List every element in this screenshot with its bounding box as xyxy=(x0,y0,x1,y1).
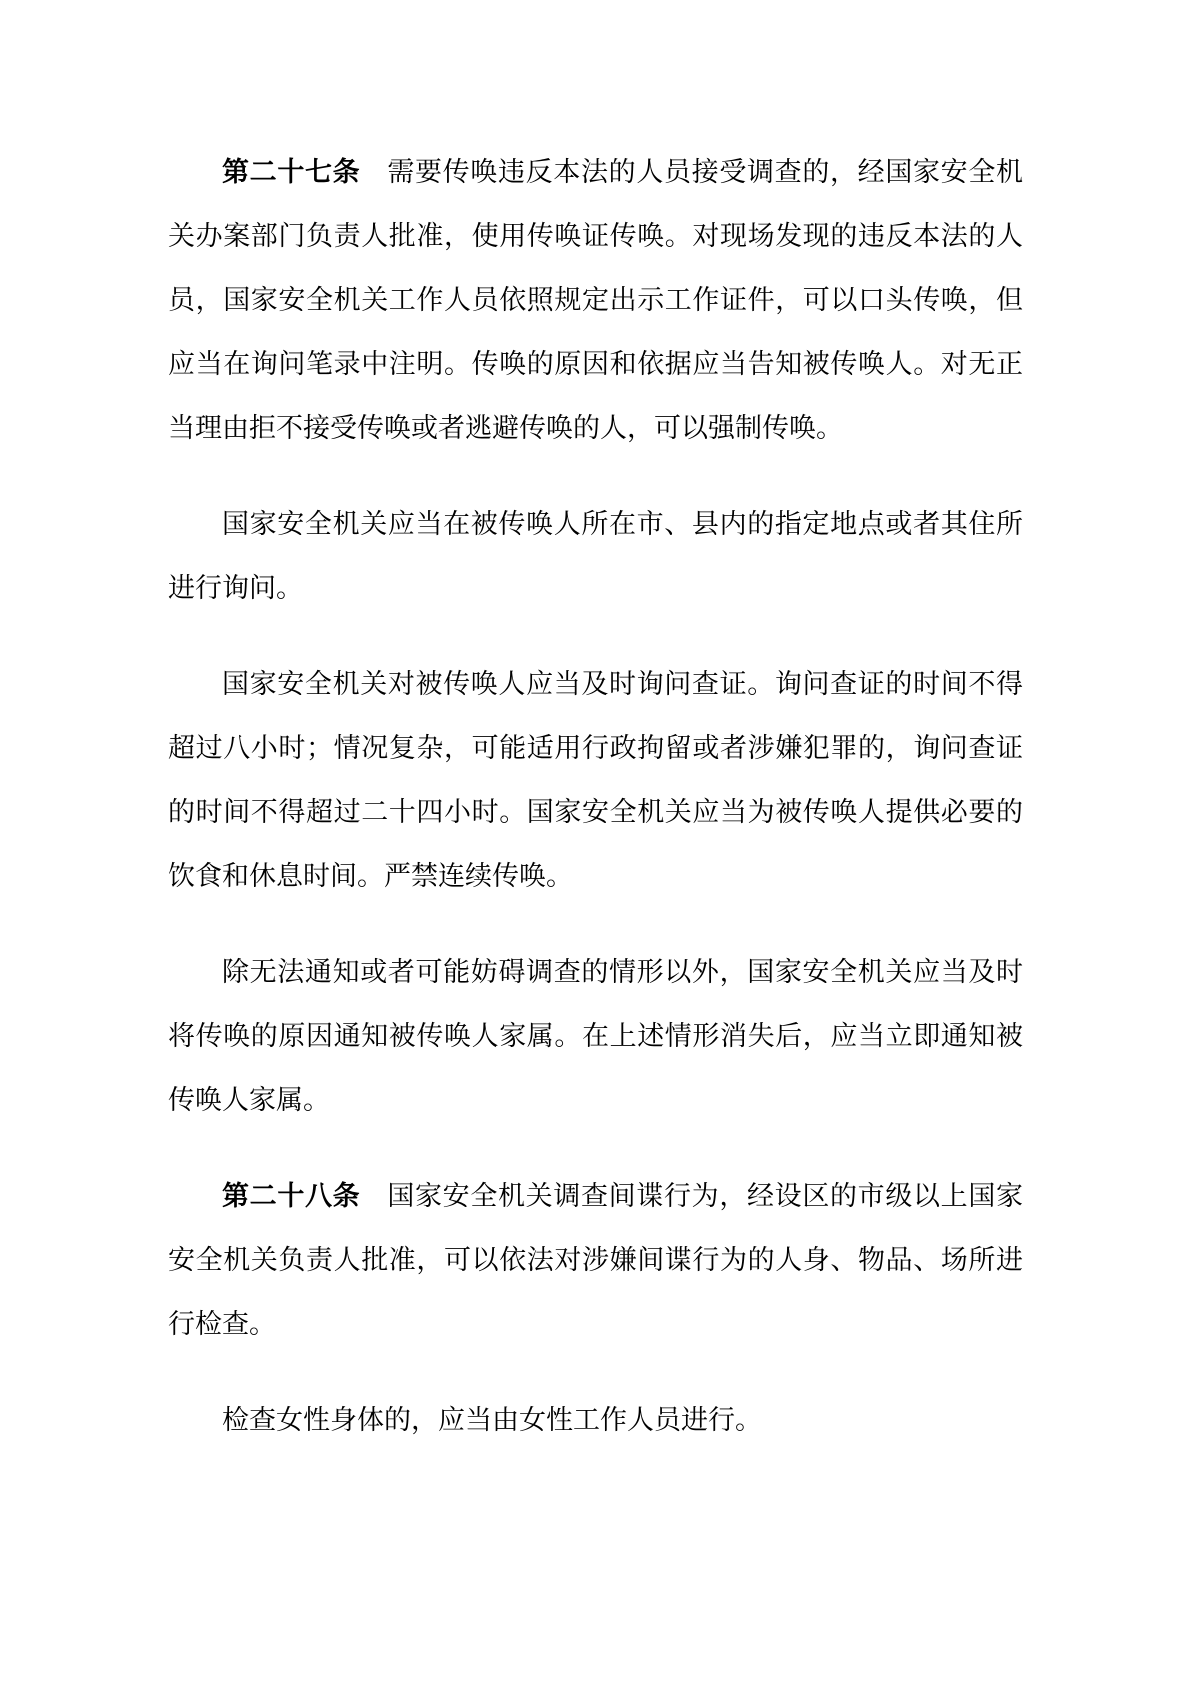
paragraph: 除无法通知或者可能妨碍调查的情形以外，国家安全机关应当及时将传唤的原因通知被传唤… xyxy=(168,940,1023,1132)
paragraph-text: 检查女性身体的，应当由女性工作人员进行。 xyxy=(222,1405,762,1435)
paragraph: 国家安全机关应当在被传唤人所在市、县内的指定地点或者其住所进行询问。 xyxy=(168,492,1023,620)
document-page: 第二十七条需要传唤违反本法的人员接受调查的，经国家安全机关办案部门负责人批准，使… xyxy=(0,0,1191,1684)
article-number: 第二十八条 xyxy=(222,1181,360,1211)
document-body: 第二十七条需要传唤违反本法的人员接受调查的，经国家安全机关办案部门负责人批准，使… xyxy=(168,140,1023,1452)
article-number: 第二十七条 xyxy=(222,157,360,187)
paragraph-text: 国家安全机关应当在被传唤人所在市、县内的指定地点或者其住所进行询问。 xyxy=(168,509,1023,603)
paragraph-text: 需要传唤违反本法的人员接受调查的，经国家安全机关办案部门负责人批准，使用传唤证传… xyxy=(168,157,1023,443)
paragraph: 第二十七条需要传唤违反本法的人员接受调查的，经国家安全机关办案部门负责人批准，使… xyxy=(168,140,1023,460)
paragraph-text: 除无法通知或者可能妨碍调查的情形以外，国家安全机关应当及时将传唤的原因通知被传唤… xyxy=(168,957,1023,1115)
paragraph: 第二十八条国家安全机关调查间谍行为，经设区的市级以上国家安全机关负责人批准，可以… xyxy=(168,1164,1023,1356)
paragraph-text: 国家安全机关对被传唤人应当及时询问查证。询问查证的时间不得超过八小时；情况复杂，… xyxy=(168,669,1023,891)
paragraph: 国家安全机关对被传唤人应当及时询问查证。询问查证的时间不得超过八小时；情况复杂，… xyxy=(168,652,1023,908)
paragraph: 检查女性身体的，应当由女性工作人员进行。 xyxy=(168,1388,1023,1452)
